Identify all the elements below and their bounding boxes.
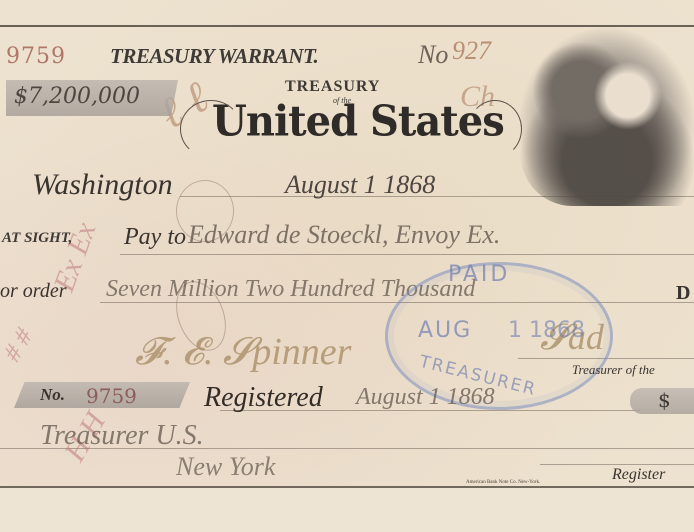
right-flourish: [468, 100, 522, 158]
registration-no-label: No.: [40, 385, 65, 405]
treasurer-signature: 𝓕. 𝓔. 𝓢pinner: [135, 330, 351, 374]
warrant-no-handwritten: 927: [452, 36, 491, 66]
place: Washington: [32, 168, 173, 202]
warrant-heading: TREASURY WARRANT.: [110, 44, 318, 69]
endorsement-treasurer: Treasurer U.S.: [40, 420, 204, 452]
registration-number: 9759: [86, 384, 137, 408]
warrant-no-label: No: [418, 40, 448, 70]
payee-line: [120, 254, 694, 255]
dollars-label: D: [676, 282, 690, 305]
or-order-label: or order: [0, 280, 66, 303]
pink-endorsement-scrawl: # #: [0, 323, 39, 366]
serial-number-top: 9759: [6, 44, 66, 69]
endorsement-city: New York: [176, 452, 275, 482]
allegorical-vignette-image: [520, 28, 694, 206]
amount-figure: $7,200,000: [14, 84, 140, 109]
left-flourish: [180, 100, 242, 158]
treasury-warrant: Ex Ex # # H H ℓ ℓ Ch 9759 $7,200,000 TRE…: [0, 0, 694, 532]
engraver-imprint: American Bank Note Co. New-York.: [466, 480, 540, 485]
register-signature-line: [540, 464, 694, 465]
paid-stamp-month: AUG: [418, 318, 472, 343]
payee: Edward de Stoeckl, Envoy Ex.: [188, 220, 500, 250]
paper-margin: [0, 488, 694, 532]
issuer-united-states: United States: [212, 97, 504, 146]
dollar-symbol: $: [658, 388, 671, 412]
paid-stamp-day: 1 1868: [508, 318, 585, 343]
at-sight-label: AT SIGHT,: [2, 230, 72, 247]
issuer-treasury: TREASURY: [285, 78, 380, 96]
registered-label: Registered: [204, 382, 323, 414]
issue-date: August 1 1868: [285, 170, 435, 200]
registered-date: August 1 1868: [356, 384, 495, 411]
register-label: Register: [612, 466, 665, 484]
paid-stamp-top: PAID: [448, 262, 510, 287]
pay-to-label: Pay to: [124, 224, 186, 251]
treasurer-of-label: Treasurer of the: [572, 362, 655, 378]
top-border-rule: [0, 25, 694, 27]
